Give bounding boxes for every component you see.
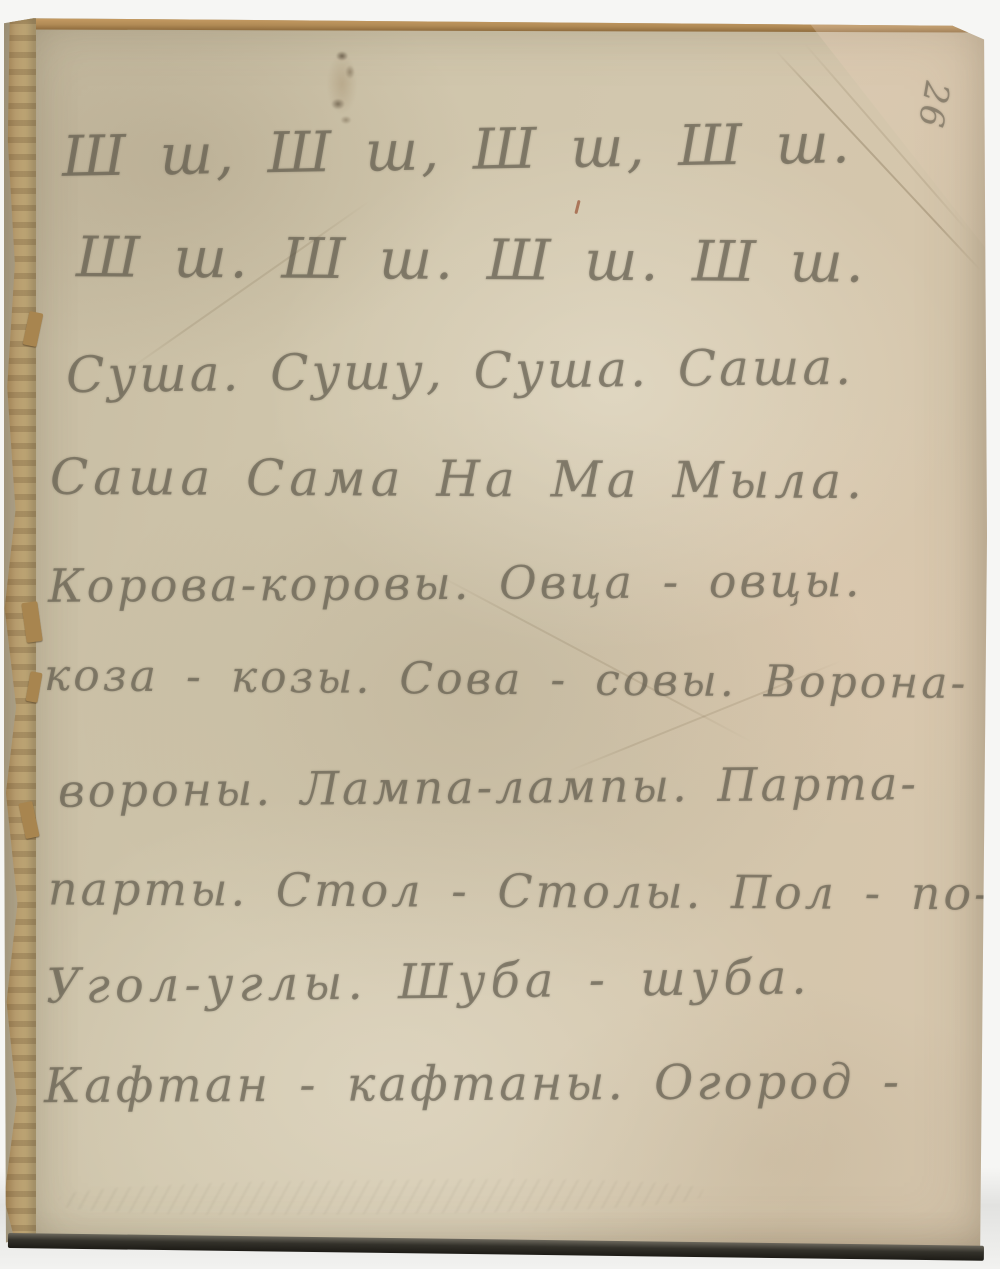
handwriting-line: Саша Сама На Ма Мыла. bbox=[50, 448, 867, 510]
handwriting-line: Суша. Сушу, Суша. Саша. bbox=[66, 338, 855, 404]
handwriting-line: вороны. Лампа-лампы. Парта- bbox=[58, 756, 919, 818]
handwriting-line: Ш ш. Ш ш. Ш ш. Ш ш. bbox=[76, 225, 867, 296]
handwriting-line: Корова-коровы. Овца - овцы. bbox=[48, 553, 863, 613]
notebook-page: 26 Ш ш, Ш ш, Ш ш, Ш ш. Ш ш. Ш ш. Ш ш. Ш … bbox=[4, 12, 988, 1260]
handwriting-line: Угол-углы. Шуба - шуба. bbox=[46, 949, 812, 1014]
handwriting-line: коза - козы. Сова - совы. Ворона- bbox=[44, 650, 969, 709]
faint-ink-offset-smudge bbox=[51, 1177, 709, 1218]
red-pencil-mark bbox=[574, 200, 580, 214]
scan-background: 26 Ш ш, Ш ш, Ш ш, Ш ш. Ш ш. Ш ш. Ш ш. Ш … bbox=[0, 0, 1000, 1269]
handwriting-line: Кафтан - кафтаны. Огород - bbox=[44, 1054, 902, 1114]
handwriting-line: парты. Стол - Столы. Пол - по- bbox=[48, 862, 993, 921]
handwriting-line: Ш ш, Ш ш, Ш ш, Ш ш. bbox=[61, 111, 853, 190]
